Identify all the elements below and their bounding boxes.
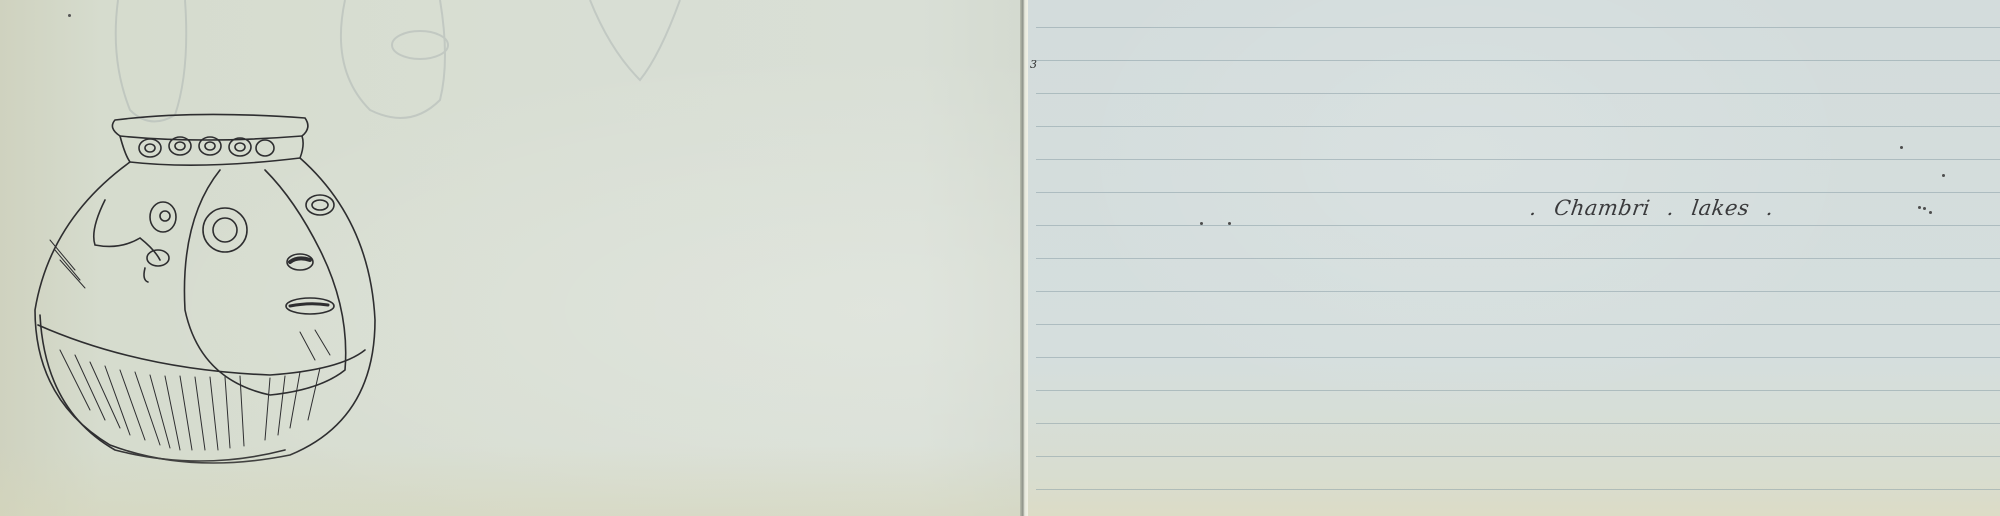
pot-sketch: [20, 110, 390, 480]
rule-line: [1036, 456, 2000, 457]
caption-word-chambri: Chambri: [1553, 196, 1652, 220]
rule-line: [1036, 390, 2000, 391]
ink-dot: [1200, 222, 1203, 225]
rule-line: [1036, 192, 2000, 193]
rule-line: [1036, 324, 2000, 325]
left-page: [0, 0, 1022, 516]
ink-dot: [1900, 146, 1903, 149]
handwritten-caption: . Chambri . lakes .: [1518, 196, 1785, 220]
rule-line: [1036, 291, 2000, 292]
rule-line: [1036, 159, 2000, 160]
rule-line: [1036, 126, 2000, 127]
rule-line: [1036, 93, 2000, 94]
ink-dot: [1929, 211, 1932, 214]
caption-trailing-dot: .: [1765, 196, 1776, 220]
ink-dot: [1942, 174, 1945, 177]
ink-dot: [1923, 207, 1926, 210]
page-number: 3: [1030, 58, 1037, 71]
rule-line: [1036, 27, 2000, 28]
notebook-spread: 3 . Chambri . lakes .: [0, 0, 2000, 516]
rule-line: [1036, 357, 2000, 358]
ruled-lines: [1028, 0, 2000, 516]
right-page: [1028, 0, 2000, 516]
caption-separator: .: [1666, 196, 1677, 220]
caption-dot: .: [1528, 196, 1539, 220]
book-gutter: [1020, 0, 1028, 516]
ink-dot: [1228, 222, 1231, 225]
rule-line: [1036, 489, 2000, 490]
caption-word-lakes: lakes: [1690, 196, 1751, 220]
rule-line: [1036, 60, 2000, 61]
rule-line: [1036, 225, 2000, 226]
ink-dot: [1918, 206, 1921, 209]
rule-line: [1036, 423, 2000, 424]
rule-line: [1036, 258, 2000, 259]
ink-speck: [68, 14, 71, 17]
